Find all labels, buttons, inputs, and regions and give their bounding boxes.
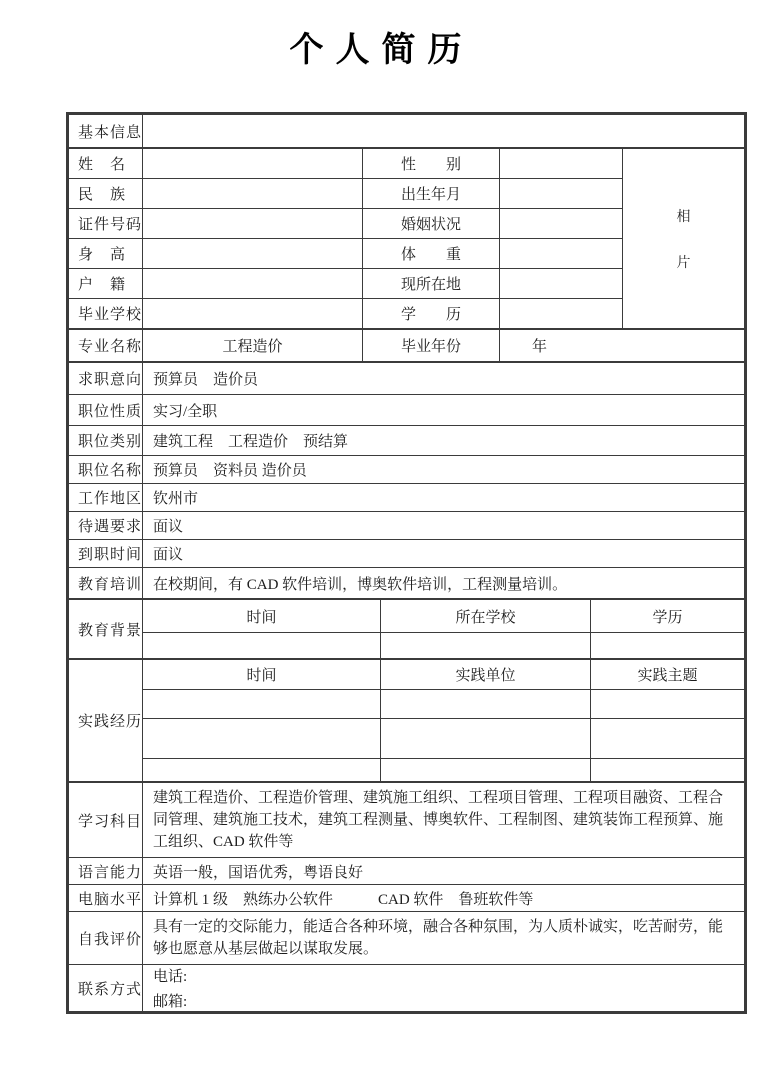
table-row: 实践经历 时间 实践单位 实践主题 xyxy=(69,660,745,690)
position-name-label: 职位名称 xyxy=(69,456,143,484)
table-row: 待遇要求 面议 xyxy=(69,512,745,540)
education-background-cell xyxy=(143,633,381,659)
photo-placeholder-text: 相 片 xyxy=(623,206,744,272)
table-row: 学习科目 建筑工程造价、工程造价管理、建筑施工组织、工程项目管理、工程项目融资、… xyxy=(69,783,745,858)
contact-phone-label: 电话: xyxy=(153,965,744,990)
study-subjects-value: 建筑工程造价、工程造价管理、建筑施工组织、工程项目管理、工程项目融资、工程合同管… xyxy=(143,783,745,858)
table-row: 工作地区 钦州市 xyxy=(69,484,745,512)
ethnicity-label: 民 族 xyxy=(69,179,143,209)
position-type-value: 实习/全职 xyxy=(143,395,745,426)
position-type-label: 职位性质 xyxy=(69,395,143,426)
current-location-value xyxy=(500,269,623,299)
id-number-label: 证件号码 xyxy=(69,209,143,239)
work-area-value: 钦州市 xyxy=(143,484,745,512)
table-row: 基本信息 xyxy=(69,115,745,148)
table-row: 职位类别 建筑工程 工程造价 预结算 xyxy=(69,426,745,456)
ethnicity-value xyxy=(143,179,363,209)
practice-experience-section: 实践经历 时间 实践单位 实践主题 xyxy=(68,659,745,782)
resume-table: 基本信息 姓 名 性 别 相 片 民 族 出生年月 证件号码 xyxy=(66,112,747,1014)
job-intention-value: 预算员 造价员 xyxy=(143,363,745,395)
photo-char-2: 片 xyxy=(677,252,691,272)
start-time-label: 到职时间 xyxy=(69,540,143,568)
position-category-label: 职位类别 xyxy=(69,426,143,456)
position-name-value: 预算员 资料员 造价员 xyxy=(143,456,745,484)
name-value xyxy=(143,149,363,179)
marital-status-label: 婚姻状况 xyxy=(363,209,500,239)
practice-experience-cell xyxy=(143,759,381,782)
name-label: 姓 名 xyxy=(69,149,143,179)
table-row: 联系方式 电话: 邮箱: xyxy=(69,965,745,1012)
salary-requirement-label: 待遇要求 xyxy=(69,512,143,540)
id-number-value xyxy=(143,209,363,239)
gender-label: 性 别 xyxy=(363,149,500,179)
job-intention-label: 求职意向 xyxy=(69,363,143,395)
language-ability-value: 英语一般，国语优秀，粤语良好 xyxy=(143,858,745,885)
practice-experience-col-unit: 实践单位 xyxy=(381,660,591,690)
skills-evaluation-section: 学习科目 建筑工程造价、工程造价管理、建筑施工组织、工程项目管理、工程项目融资、… xyxy=(68,782,745,1012)
language-ability-label: 语言能力 xyxy=(69,858,143,885)
practice-experience-cell xyxy=(143,690,381,719)
height-label: 身 高 xyxy=(69,239,143,269)
table-row xyxy=(69,633,745,659)
basic-info-header-section: 基本信息 xyxy=(68,114,745,148)
education-background-col-time: 时间 xyxy=(143,600,381,633)
residence-label: 户 籍 xyxy=(69,269,143,299)
work-area-label: 工作地区 xyxy=(69,484,143,512)
weight-label: 体 重 xyxy=(363,239,500,269)
education-background-section: 教育背景 时间 所在学校 学历 xyxy=(68,599,745,659)
table-row: 姓 名 性 别 相 片 xyxy=(69,149,745,179)
practice-experience-cell xyxy=(381,690,591,719)
table-row: 职位性质 实习/全职 xyxy=(69,395,745,426)
table-row: 语言能力 英语一般，国语优秀，粤语良好 xyxy=(69,858,745,885)
graduate-school-label: 毕业学校 xyxy=(69,299,143,329)
job-intent-section: 求职意向 预算员 造价员 职位性质 实习/全职 职位类别 建筑工程 工程造价 预… xyxy=(68,362,745,599)
contact-email-label: 邮箱: xyxy=(153,990,744,1011)
table-row xyxy=(69,759,745,782)
computer-level-value: 计算机 1 级 熟练办公软件 CAD 软件 鲁班软件等 xyxy=(143,885,745,912)
basic-info-section-label: 基本信息 xyxy=(69,115,143,148)
position-category-value: 建筑工程 工程造价 预结算 xyxy=(143,426,745,456)
study-subjects-label: 学习科目 xyxy=(69,783,143,858)
page-title: 个人简历 xyxy=(0,22,763,71)
marital-status-value xyxy=(500,209,623,239)
computer-level-label: 电脑水平 xyxy=(69,885,143,912)
contact-value: 电话: 邮箱: xyxy=(143,965,745,1012)
education-background-label: 教育背景 xyxy=(69,600,143,659)
birth-date-value xyxy=(500,179,623,209)
self-evaluation-value: 具有一定的交际能力，能适合各种环境，融合各种氛围，为人质朴诚实，吃苦耐劳，能够也… xyxy=(143,912,745,965)
table-row: 教育培训 在校期间，有 CAD 软件培训，博奥软件培训，工程测量培训。 xyxy=(69,568,745,599)
practice-experience-cell xyxy=(591,690,745,719)
education-background-cell xyxy=(591,633,745,659)
practice-experience-cell xyxy=(381,759,591,782)
photo-char-1: 相 xyxy=(677,206,691,226)
education-level-label: 学 历 xyxy=(363,299,500,329)
practice-experience-cell xyxy=(591,759,745,782)
table-row: 专业名称 工程造价 毕业年份 年 xyxy=(69,330,745,362)
graduate-school-value xyxy=(143,299,363,329)
contact-label: 联系方式 xyxy=(69,965,143,1012)
practice-experience-cell xyxy=(381,719,591,759)
practice-experience-cell xyxy=(143,719,381,759)
weight-value xyxy=(500,239,623,269)
birth-date-label: 出生年月 xyxy=(363,179,500,209)
salary-requirement-value: 面议 xyxy=(143,512,745,540)
graduation-year-label: 毕业年份 xyxy=(363,330,500,362)
table-row xyxy=(69,690,745,719)
height-value xyxy=(143,239,363,269)
table-row: 教育背景 时间 所在学校 学历 xyxy=(69,600,745,633)
education-background-col-school: 所在学校 xyxy=(381,600,591,633)
practice-experience-col-topic: 实践主题 xyxy=(591,660,745,690)
table-row: 自我评价 具有一定的交际能力，能适合各种环境，融合各种氛围，为人质朴诚实，吃苦耐… xyxy=(69,912,745,965)
education-background-col-degree: 学历 xyxy=(591,600,745,633)
major-value: 工程造价 xyxy=(143,330,363,362)
start-time-value: 面议 xyxy=(143,540,745,568)
basic-info-empty-cell xyxy=(143,115,745,148)
education-level-value xyxy=(500,299,623,329)
major-label: 专业名称 xyxy=(69,330,143,362)
graduation-year-value: 年 xyxy=(500,330,745,362)
photo-placeholder: 相 片 xyxy=(623,149,745,329)
education-training-label: 教育培训 xyxy=(69,568,143,599)
table-row xyxy=(69,719,745,759)
table-row: 到职时间 面议 xyxy=(69,540,745,568)
education-training-value: 在校期间，有 CAD 软件培训，博奥软件培训，工程测量培训。 xyxy=(143,568,745,599)
major-row-section: 专业名称 工程造价 毕业年份 年 xyxy=(68,329,745,362)
practice-experience-label: 实践经历 xyxy=(69,660,143,782)
table-row: 电脑水平 计算机 1 级 熟练办公软件 CAD 软件 鲁班软件等 xyxy=(69,885,745,912)
practice-experience-cell xyxy=(591,719,745,759)
table-row: 职位名称 预算员 资料员 造价员 xyxy=(69,456,745,484)
contact-lines: 电话: 邮箱: xyxy=(143,965,744,1011)
practice-experience-col-time: 时间 xyxy=(143,660,381,690)
current-location-label: 现所在地 xyxy=(363,269,500,299)
gender-value xyxy=(500,149,623,179)
residence-value xyxy=(143,269,363,299)
education-background-cell xyxy=(381,633,591,659)
self-evaluation-label: 自我评价 xyxy=(69,912,143,965)
table-row: 求职意向 预算员 造价员 xyxy=(69,363,745,395)
personal-fields-section: 姓 名 性 别 相 片 民 族 出生年月 证件号码 婚姻状况 身 高 xyxy=(68,148,745,329)
